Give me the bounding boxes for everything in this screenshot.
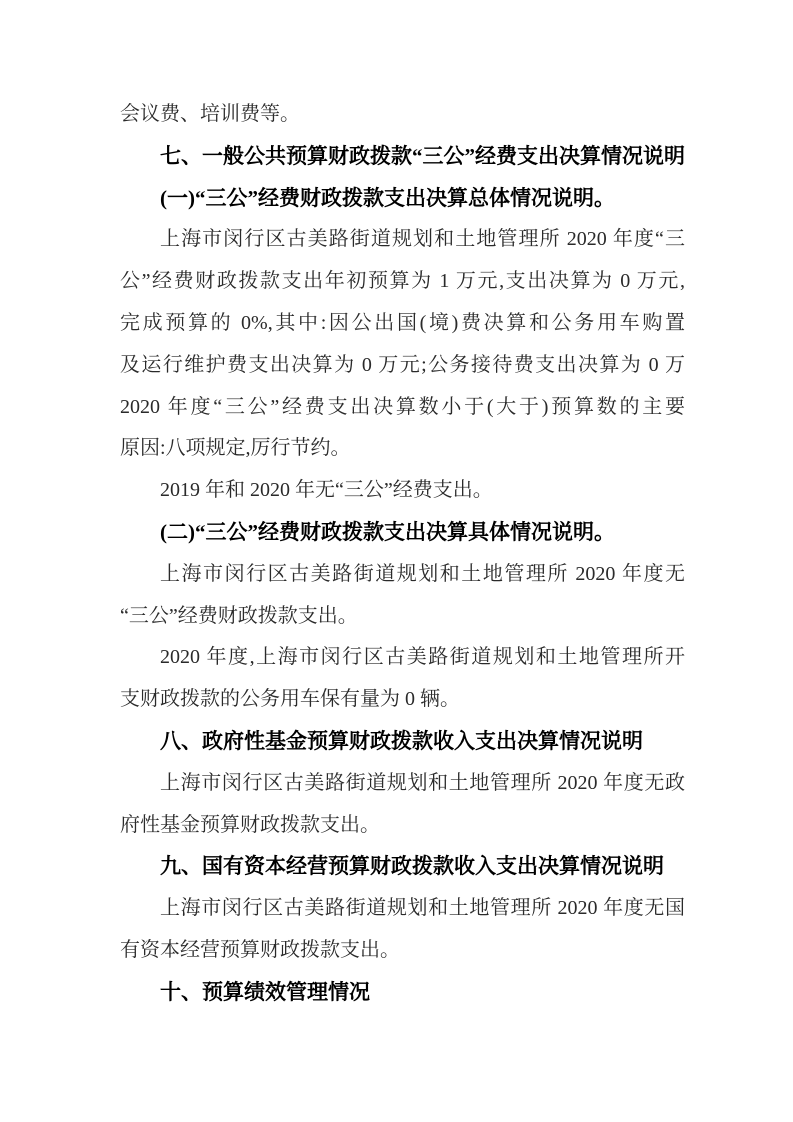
heading-section-seven: 七、一般公共预算财政拨款“三公”经费支出决算情况说明 bbox=[120, 136, 685, 178]
body-line-9: 上海市闵行区古美路街道规划和土地管理所 2020 年度无 bbox=[120, 554, 685, 596]
body-line-13: 上海市闵行区古美路街道规划和土地管理所 2020 年度无政 bbox=[120, 763, 685, 805]
heading-section-ten: 十、预算绩效管理情况 bbox=[120, 972, 685, 1014]
body-line-12: 支财政拨款的公务用车保有量为 0 辆。 bbox=[120, 679, 685, 721]
body-line-6: 2020 年度“三公”经费支出决算数小于(大于)预算数的主要 bbox=[120, 387, 685, 429]
body-line-1: 会议费、培训费等。 bbox=[120, 94, 685, 136]
body-line-7: 原因:八项规定,厉行节约。 bbox=[120, 428, 685, 470]
heading-subsection-one: (一)“三公”经费财政拨款支出决算总体情况说明。 bbox=[120, 178, 685, 220]
body-line-11: 2020 年度,上海市闵行区古美路街道规划和土地管理所开 bbox=[120, 637, 685, 679]
body-line-3: 公”经费财政拨款支出年初预算为 1 万元,支出决算为 0 万元, bbox=[120, 261, 685, 303]
heading-subsection-two: (二)“三公”经费财政拨款支出决算具体情况说明。 bbox=[120, 512, 685, 554]
document-page: 会议费、培训费等。 七、一般公共预算财政拨款“三公”经费支出决算情况说明 (一)… bbox=[0, 0, 793, 1122]
heading-section-nine: 九、国有资本经营预算财政拨款收入支出决算情况说明 bbox=[120, 846, 685, 888]
body-line-10: “三公”经费财政拨款支出。 bbox=[120, 596, 685, 638]
body-line-15: 上海市闵行区古美路街道规划和土地管理所 2020 年度无国 bbox=[120, 888, 685, 930]
body-line-14: 府性基金预算财政拨款支出。 bbox=[120, 805, 685, 847]
body-line-5: 及运行维护费支出决算为 0 万元;公务接待费支出决算为 0 万元。 bbox=[120, 345, 685, 387]
heading-section-eight: 八、政府性基金预算财政拨款收入支出决算情况说明 bbox=[120, 721, 685, 763]
body-line-16: 有资本经营预算财政拨款支出。 bbox=[120, 930, 685, 972]
body-line-4: 完成预算的 0%,其中:因公出国(境)费决算和公务用车购置 bbox=[120, 303, 685, 345]
body-line-2: 上海市闵行区古美路街道规划和土地管理所 2020 年度“三 bbox=[120, 219, 685, 261]
body-line-8: 2019 年和 2020 年无“三公”经费支出。 bbox=[120, 470, 685, 512]
